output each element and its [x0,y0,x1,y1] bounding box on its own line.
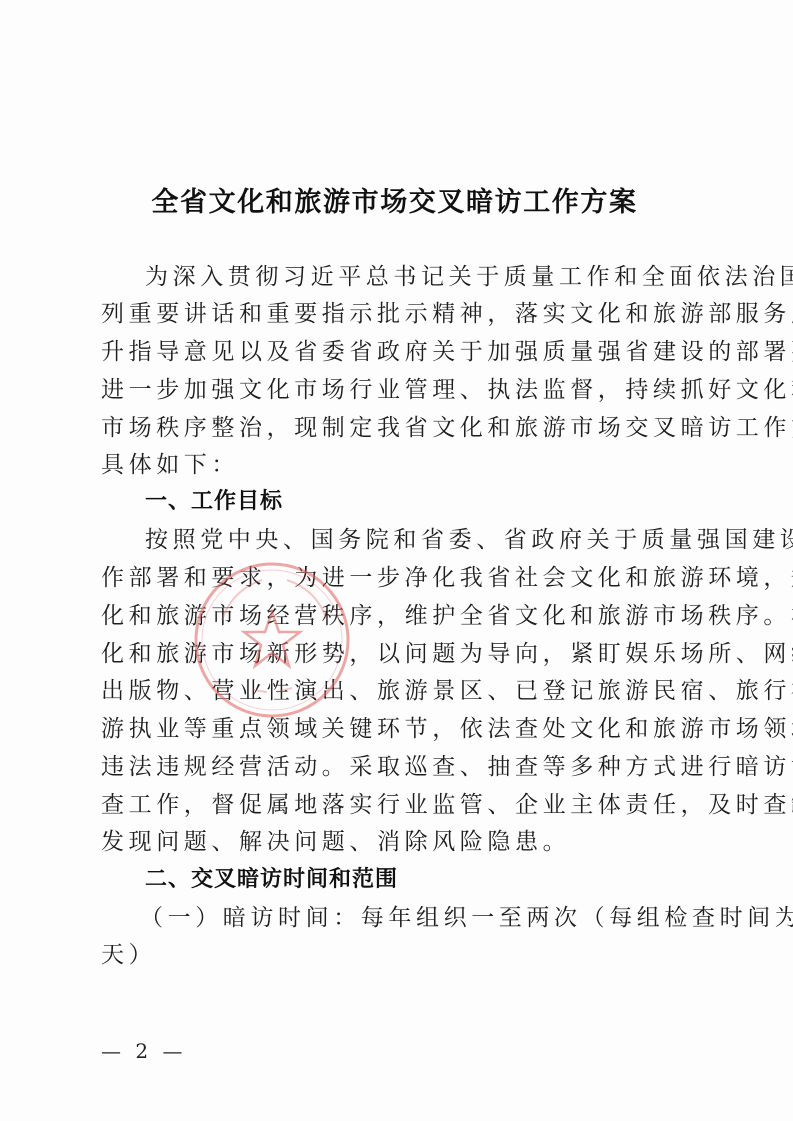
section2-line: （一）暗访时间：每年组织一至两次（每组检查时间为 5-7 [140,903,740,933]
document-page: 全省文化和旅游市场交叉暗访工作方案 为深入贯彻习近平总书记关于质量工作和全面依法… [0,0,793,1121]
intro-line: 列重要讲话和重要指示批示精神，落实文化和旅游部服务质量提 [101,299,701,329]
section-heading-goals: 一、工作目标 [145,487,283,517]
section1-line: 按照党中央、国务院和省委、省政府关于质量强国建设的工 [145,525,745,555]
section1-line: 查工作，督促属地落实行业监管、企业主体责任，及时查缺补漏、 [101,790,701,820]
intro-line: 具体如下： [101,450,701,480]
section1-line: 发现问题、解决问题、消除风险隐患。 [101,827,701,857]
section2-line: 天） [101,940,701,970]
intro-line: 升指导意见以及省委省政府关于加强质量强省建设的部署要求， [101,337,701,367]
section1-line: 作部署和要求，为进一步净化我省社会文化和旅游环境，规范文 [101,563,701,593]
section1-line: 游执业等重点领域关键环节，依法查处文化和旅游市场领域各类 [101,714,701,744]
page-number: — 2 — [101,1039,186,1063]
intro-line: 市场秩序整治，现制定我省文化和旅游市场交叉暗访工作方案， [101,413,701,443]
section1-line: 违法违规经营活动。采取巡查、抽查等多种方式进行暗访评估检 [101,752,701,782]
section1-line: 出版物、营业性演出、旅游景区、已登记旅游民宿、旅行社、导 [101,676,701,706]
intro-line: 进一步加强文化市场行业管理、执法监督，持续抓好文化和旅游 [101,375,701,405]
section1-line: 化和旅游市场新形势，以问题为导向，紧盯娱乐场所、网络文化、 [101,639,701,669]
section-heading-time-scope: 二、交叉暗访时间和范围 [145,865,398,895]
section1-line: 化和旅游市场经营秩序，维护全省文化和旅游市场秩序。根据文 [101,601,701,631]
document-title: 全省文化和旅游市场交叉暗访工作方案 [0,180,793,219]
intro-line: 为深入贯彻习近平总书记关于质量工作和全面依法治国系 [145,262,745,292]
